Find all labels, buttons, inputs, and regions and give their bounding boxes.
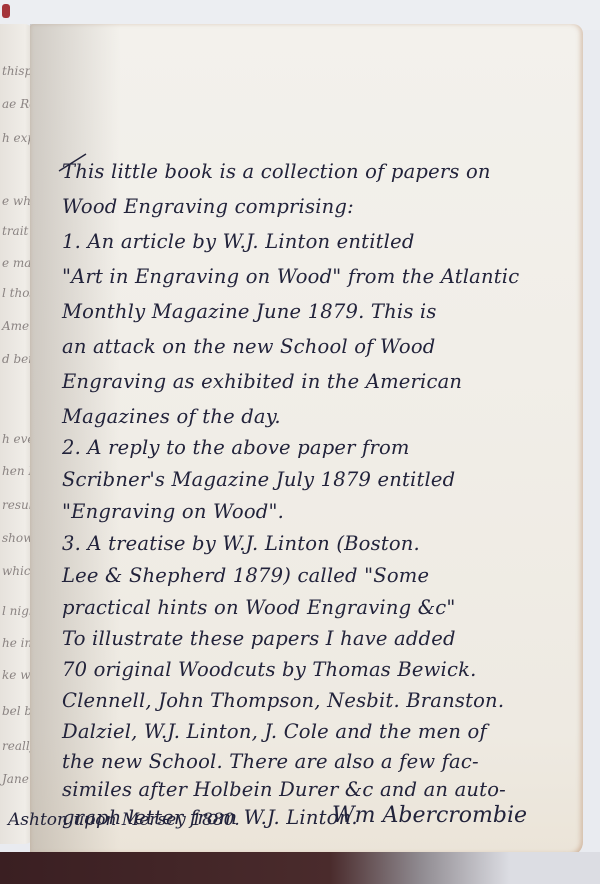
inscription-line: Scribner's Magazine July 1879 entitled bbox=[62, 468, 455, 491]
inscription-line: 70 original Woodcuts by Thomas Bewick. bbox=[62, 658, 477, 681]
table-shadow bbox=[0, 852, 600, 884]
inscription-line: practical hints on Wood Engraving &c" bbox=[62, 596, 456, 619]
inscription-line: Clennell, John Thompson, Nesbit. Bransto… bbox=[62, 689, 504, 712]
inscription-line: Monthly Magazine June 1879. This is bbox=[62, 300, 437, 323]
inscription-line: the new School. There are also a few fac… bbox=[62, 750, 479, 773]
inscription-line: 1. An article by W.J. Linton entitled bbox=[62, 230, 415, 253]
inscription-line: Dalziel, W.J. Linton, J. Cole and the me… bbox=[62, 720, 487, 743]
inscription-line: "Engraving on Wood". bbox=[62, 500, 284, 523]
bookmark-ribbon bbox=[2, 4, 10, 18]
inscription-line: similes after Holbein Durer &c and an au… bbox=[62, 778, 506, 801]
inscription-line: "Art in Engraving on Wood" from the Atla… bbox=[62, 265, 519, 288]
inscription-line: Engraving as exhibited in the American bbox=[62, 370, 462, 393]
inscription-line: an attack on the new School of Wood bbox=[62, 335, 435, 358]
signature: Wm Abercrombie bbox=[332, 803, 527, 828]
inscription-line: 3. A treatise by W.J. Linton (Boston. bbox=[62, 532, 420, 555]
inscription-line: To illustrate these papers I have added bbox=[62, 627, 456, 650]
inscription-line: Wood Engraving comprising: bbox=[62, 195, 354, 218]
place-and-date: Ashton upon Mersey 1880. bbox=[8, 810, 240, 830]
facing-page-text: e ma bbox=[2, 256, 31, 270]
facing-page-text: trait bbox=[2, 224, 28, 238]
inscription-line: This little book is a collection of pape… bbox=[62, 160, 491, 183]
inscription-line: Magazines of the day. bbox=[62, 405, 281, 428]
inscription-line: 2. A reply to the above paper from bbox=[62, 436, 410, 459]
inscription-line: Lee & Shepherd 1879) called "Some bbox=[62, 564, 429, 587]
